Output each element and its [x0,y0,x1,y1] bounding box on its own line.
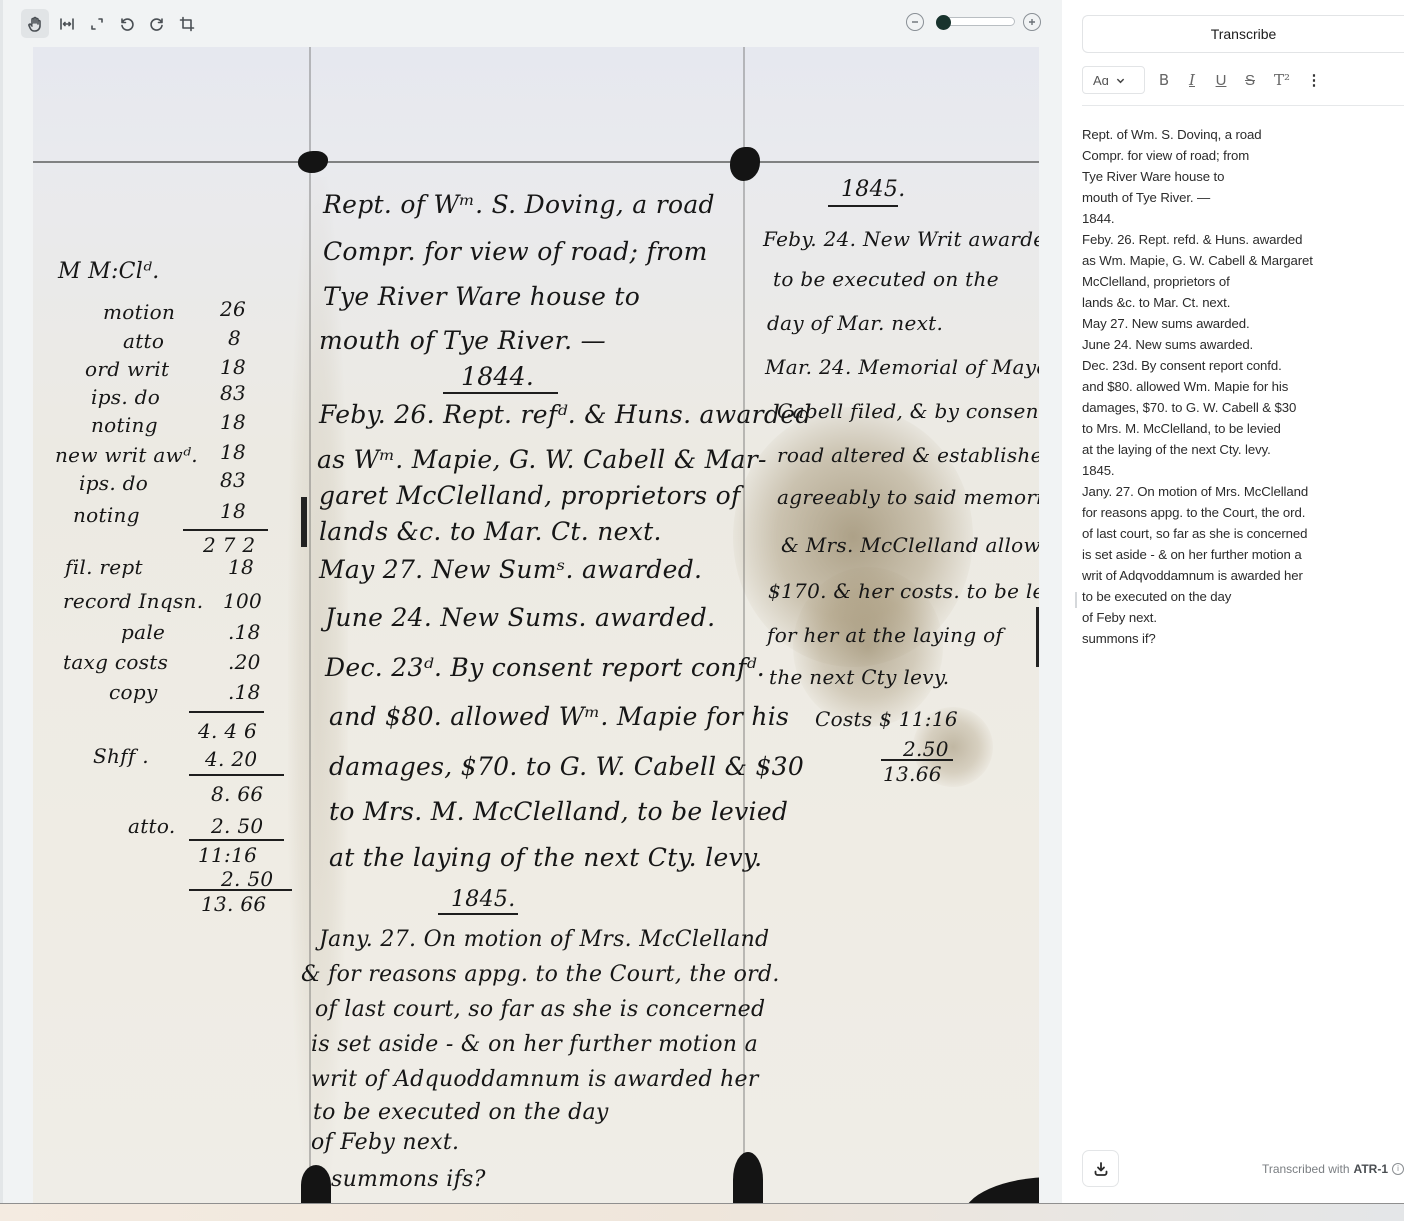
ledger-value: .20 [228,650,261,674]
ledger-value: 2. 50 [211,814,263,838]
transcription-line: Jany. 27. On motion of Mrs. McClelland [1082,481,1392,502]
superscript-icon: T² [1274,71,1290,89]
manuscript-line: to be executed on the [773,267,999,291]
ledger-value: 100 [223,589,262,613]
italic-button[interactable]: I [1181,69,1203,91]
costs-label: Costs $ 11:16 [815,707,958,731]
manuscript-line: damages, $70. to G. W. Cabell & $30 [329,752,804,781]
transcription-line: for reasons appg. to the Court, the ord. [1082,502,1392,523]
ledger-value: 4. 20 [205,747,257,771]
ledger-label: Shff . [93,744,149,768]
transcription-line: of Feby next. [1082,607,1392,628]
manuscript-line: at the laying of the next Cty. levy. [329,843,762,872]
transcription-line: Rept. of Wm. S. Dovinq, a road [1082,124,1392,145]
rotate-left-button[interactable] [113,9,141,38]
model-credit: Transcribed with ATR-1 i [1262,1162,1404,1176]
ledger-label: ips. do [79,471,148,495]
more-options-button[interactable]: ⋮ [1303,69,1325,91]
manuscript-line: Jany. 27. On motion of Mrs. McClelland [319,927,769,952]
manuscript-line: summons ifs? [331,1167,486,1192]
ledger-value: 2. 50 [221,867,273,891]
font-size-dropdown[interactable]: Aɑ [1082,66,1145,94]
transcription-line: Tye River Ware house to [1082,166,1392,187]
hand-icon [27,16,43,32]
ledger-total: 4. 4 6 [198,719,257,743]
expand-icon [89,16,105,32]
ledger-label: ord writ [85,357,169,381]
manuscript-line: Compr. for view of road; from [323,237,708,266]
manuscript-line: is set aside - & on her further motion a [311,1032,758,1057]
manuscript-line: Mar. 24. Memorial of Mayo [765,355,1039,379]
manuscript-line: for her at the laying of [767,623,1003,647]
transcription-line: as Wm. Mapie, G. W. Cabell & Margaret [1082,250,1392,271]
ledger-value: 18 [220,410,246,434]
download-button[interactable] [1082,1150,1119,1187]
info-icon[interactable]: i [1392,1163,1404,1175]
ledger-grand-total: 13. 66 [201,892,266,916]
costs-plus: 2.50 [903,737,949,761]
transcription-line: lands &c. to Mar. Ct. next. [1082,292,1392,313]
transcription-line: mouth of Tye River. — [1082,187,1392,208]
zoom-slider-thumb[interactable] [936,15,951,30]
transcription-line: Compr. for view of road; from [1082,145,1392,166]
manuscript-line: of Feby next. [311,1130,459,1155]
manuscript-line: agreeably to said memorial [777,485,1039,509]
underline-button[interactable]: U [1210,69,1232,91]
superscript-button[interactable]: T² [1271,69,1293,91]
ledger-label: new writ awᵈ. [55,443,198,467]
transcription-line: at the laying of the next Cty. levy. [1082,439,1392,460]
line-indicator [1075,592,1077,608]
costs-total: 13.66 [883,762,942,786]
ledger-label: ips. do [91,385,160,409]
ledger-label: record Inqsn. [63,589,203,613]
bold-button[interactable]: B [1153,69,1175,91]
transcription-line: 1845. [1082,460,1392,481]
ledger-label: atto. [128,814,176,838]
ledger-value: 26 [220,297,246,321]
manuscript-line: Tye River Ware house to [323,282,640,311]
manuscript-line: Feby. 26. Rept. refᵈ. & Huns. awarded [319,400,812,429]
credit-prefix: Transcribed with [1262,1162,1350,1176]
manuscript-line: and $80. allowed Wᵐ. Mapie for his [329,702,789,731]
fold-line [743,47,745,1203]
manuscript-year: 1845. [841,177,905,202]
manuscript-line: May 27. New Sumˢ. awarded. [319,555,702,584]
ledger-label: atto [123,329,164,353]
transcription-line: May 27. New sums awarded. [1082,313,1392,334]
transcription-editor[interactable]: Rept. of Wm. S. Dovinq, a road Compr. fo… [1082,124,1392,649]
ledger-value: 18 [228,555,254,579]
ledger-total: 11:16 [198,843,257,867]
image-viewer: M M:Clᵈ. motion 26 atto 8 ord writ 18 ip… [0,0,1062,1203]
manuscript-line: the next Cty levy. [769,665,949,689]
ledger-value: 8 [228,326,241,350]
manuscript-line: & Mrs. McClelland allowed [781,533,1039,557]
manuscript-line: & for reasons appg. to the Court, the or… [301,962,780,987]
manuscript-year: 1845. [451,887,515,912]
manuscript-line: to be executed on the day [313,1100,609,1125]
manuscript-line: Cabell filed, & by consent [777,399,1039,423]
transcribe-button[interactable]: Transcribe [1082,15,1404,53]
rotate-cw-icon [149,16,165,32]
strikethrough-button[interactable]: S [1239,69,1261,91]
transcription-line: June 24. New sums awarded. [1082,334,1392,355]
ledger-value: .18 [228,620,261,644]
fit-width-icon [59,16,75,32]
ledger-label: pale [121,620,165,644]
zoom-in-button[interactable] [1023,13,1041,31]
transcription-line: damages, $70. to G. W. Cabell & $30 [1082,397,1392,418]
ledger-label: noting [91,413,158,437]
manuscript-line: mouth of Tye River. — [319,326,606,355]
manuscript-line: writ of Adquoddamnum is awarded her [311,1067,759,1092]
zoom-in-icon [1027,17,1037,27]
manuscript-line: day of Mar. next. [767,311,943,335]
transcription-line: to be executed on the day [1082,586,1392,607]
ledger-label: fil. rept [65,555,143,579]
manuscript-line: of last court, so far as she is concerne… [315,997,765,1022]
transcription-panel: Transcribe Aɑ B I U S T² ⋮ Rept. of Wm. … [1062,0,1404,1203]
manuscript-line: Dec. 23ᵈ. By consent report confᵈ. [325,653,765,682]
transcription-line: and $80. allowed Wm. Mapie for his [1082,376,1392,397]
manuscript-line: lands &c. to Mar. Ct. next. [319,517,662,546]
fit-width-button[interactable] [53,9,81,38]
manuscript-line: garet McClelland, proprietors of [319,481,741,510]
fold-line [33,161,1039,163]
download-icon [1093,1161,1109,1177]
crop-icon [179,16,195,32]
ledger-label: taxg costs [63,650,168,674]
strikethrough-icon: S [1245,72,1255,89]
transcription-line: writ of Adqvoddamnum is awarded her [1082,565,1392,586]
ledger-value: 83 [220,468,246,492]
transcription-line: of last court, so far as she is concerne… [1082,523,1392,544]
more-vertical-icon: ⋮ [1307,71,1322,89]
transcription-line: McClelland, proprietors of [1082,271,1392,292]
zoom-out-button[interactable] [906,13,924,31]
panel-footer: Transcribed with ATR-1 i [1082,1150,1404,1190]
rotate-ccw-icon [119,16,135,32]
crop-button[interactable] [173,9,201,38]
manuscript-line: June 24. New Sums. awarded. [325,603,715,632]
fullscreen-button[interactable] [83,9,111,38]
formatting-toolbar: Aɑ B I U S T² ⋮ [1082,66,1404,106]
ledger-subtotal: 2 7 2 [203,533,255,557]
transcription-line: Dec. 23d. By consent report confd. [1082,355,1392,376]
manuscript-line: Feby. 24. New Writ awarded, [763,227,1039,251]
transcription-line: is set aside - & on her further motion a [1082,544,1392,565]
ledger-label: motion [103,300,175,324]
ledger-value: 18 [220,440,246,464]
transcription-line: 1844. [1082,208,1392,229]
transcription-line: to Mrs. M. McClelland, to be levied [1082,418,1392,439]
viewer-toolbar [3,0,1065,46]
manuscript-year: 1844. [461,362,534,391]
bold-icon: B [1159,71,1169,89]
manuscript-line: $170. & her costs. to be levied [768,579,1039,603]
ledger-value: .18 [228,680,261,704]
chevron-down-icon [1116,76,1125,85]
transcription-line: Feby. 26. Rept. refd. & Huns. awarded [1082,229,1392,250]
manuscript-line: as Wᵐ. Mapie, G. W. Cabell & Mar- [317,445,767,474]
font-size-label: Aɑ [1093,73,1109,88]
ledger-label: noting [73,503,140,527]
ledger-value: 18 [220,499,246,523]
rotate-right-button[interactable] [143,9,171,38]
zoom-out-icon [910,17,920,27]
manuscript-image[interactable]: M M:Clᵈ. motion 26 atto 8 ord writ 18 ip… [33,47,1039,1203]
manuscript-line: Rept. of Wᵐ. S. Doving, a road [323,190,715,219]
manuscript-line: to Mrs. M. McClelland, to be levied [329,797,788,826]
transcription-line: summons if? [1082,628,1392,649]
ledger-heading: M M:Clᵈ. [58,259,160,284]
ledger-label: copy [109,680,158,704]
window-bottom-edge [0,1203,1404,1221]
ledger-value: 18 [220,355,246,379]
pan-tool-button[interactable] [21,9,49,38]
model-name: ATR-1 [1354,1162,1388,1176]
italic-icon: I [1189,71,1195,89]
underline-icon: U [1216,72,1227,89]
transcription-app: M M:Clᵈ. motion 26 atto 8 ord writ 18 ip… [0,0,1404,1203]
ledger-value: 83 [220,381,246,405]
ledger-total: 8. 66 [211,782,263,806]
fold-line [309,47,311,1203]
manuscript-line: road altered & established [777,443,1039,467]
